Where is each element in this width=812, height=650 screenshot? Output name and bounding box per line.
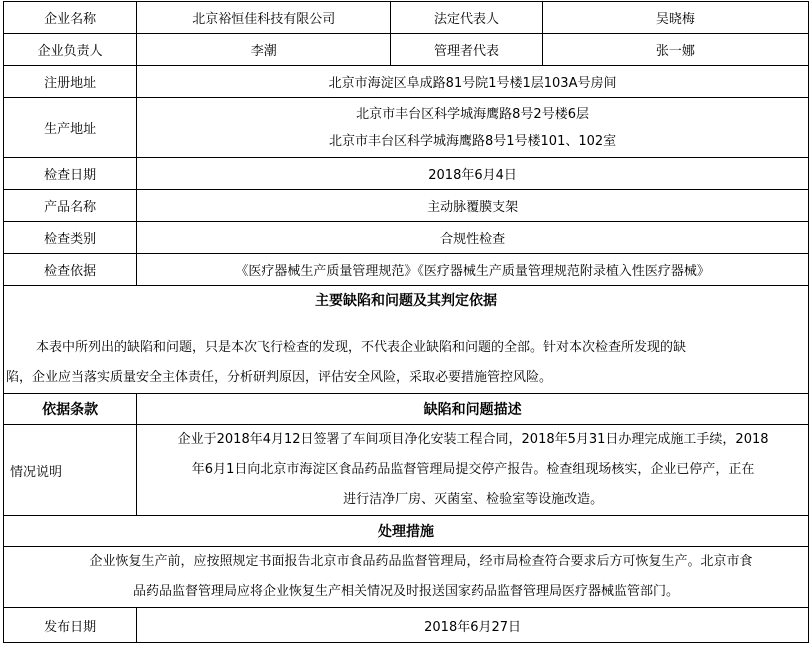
row-inspect-type: 检查类别 合规性检查	[4, 222, 809, 254]
measures-row: 企业恢复生产前，应按照规定书面报告北京市食品药品监督管理局，经市局检查符合要求后…	[4, 547, 809, 608]
defect-description-line: 企业于2018年4月12日签署了车间项目净化安装工程合同，2018年5月31日办…	[142, 425, 804, 455]
prod-address-label: 生产地址	[4, 98, 137, 158]
row-principal: 企业负责人 李潮 管理者代表 张一娜	[4, 34, 809, 66]
inspect-basis-label: 检查依据	[4, 254, 137, 286]
defects-header-row: 依据条款 缺陷和问题描述	[4, 394, 809, 425]
defect-row: 情况说明 企业于2018年4月12日签署了车间项目净化安装工程合同，2018年5…	[4, 425, 809, 516]
measures-section-title: 处理措施	[4, 516, 809, 547]
row-inspect-basis: 检查依据 《医疗器械生产质量管理规范》《医疗器械生产质量管理规范附录植入性医疗器…	[4, 254, 809, 286]
inspect-type-label: 检查类别	[4, 222, 137, 254]
product-value: 主动脉覆膜支架	[137, 190, 809, 222]
mgmt-rep-value: 张一娜	[542, 34, 808, 66]
row-product: 产品名称 主动脉覆膜支架	[4, 190, 809, 222]
inspect-type-value: 合规性检查	[137, 222, 809, 254]
defects-section: 主要缺陷和问题及其判定依据 本表中所列出的缺陷和问题，只是本次飞行检查的发现，不…	[4, 286, 809, 394]
defect-description: 企业于2018年4月12日签署了车间项目净化安装工程合同，2018年5月31日办…	[137, 425, 809, 516]
legal-rep-value: 吴晓梅	[542, 2, 808, 34]
mgmt-rep-label: 管理者代表	[391, 34, 542, 66]
principal-value: 李潮	[137, 34, 391, 66]
measures-line: 企业恢复生产前，应按照规定书面报告北京市食品药品监督管理局，经市局检查符合要求后…	[4, 547, 808, 577]
defect-clause: 情况说明	[4, 425, 137, 516]
defects-intro: 本表中所列出的缺陷和问题，只是本次飞行检查的发现，不代表企业缺陷和问题的全部。针…	[4, 333, 808, 393]
product-label: 产品名称	[4, 190, 137, 222]
prod-address-line: 北京市丰台区科学城海鹰路8号1号楼101、102室	[137, 128, 808, 155]
measures-line: 品药品监督管理局应将企业恢复生产相关情况及时报送国家药品监督管理局医疗器械监管部…	[4, 577, 808, 607]
inspect-date-label: 检查日期	[4, 158, 137, 190]
publish-date-value: 2018年6月27日	[137, 608, 809, 643]
company-name-label: 企业名称	[4, 2, 137, 34]
measures-text-1: 企业恢复生产前，应按照规定书面报告北京市食品药品监督管理局，经市局检查符合要求后…	[89, 554, 752, 569]
inspect-basis-value: 《医疗器械生产质量管理规范》《医疗器械生产质量管理规范附录植入性医疗器械》	[137, 254, 809, 286]
row-publish-date: 发布日期 2018年6月27日	[4, 608, 809, 643]
legal-rep-label: 法定代表人	[391, 2, 542, 34]
defects-intro-line: 本表中所列出的缺陷和问题，只是本次飞行检查的发现，不代表企业缺陷和问题的全部。针…	[6, 333, 804, 363]
prod-address-line: 北京市丰台区科学城海鹰路8号2号楼6层	[137, 101, 808, 128]
reg-address-value: 北京市海淀区阜成路81号院1号楼1层103A号房间	[137, 66, 809, 98]
prod-address-value: 北京市丰台区科学城海鹰路8号2号楼6层 北京市丰台区科学城海鹰路8号1号楼101…	[137, 98, 809, 158]
row-company-name: 企业名称 北京裕恒佳科技有限公司 法定代表人 吴晓梅	[4, 2, 809, 34]
defects-intro-text: 本表中所列出的缺陷和问题，只是本次飞行检查的发现，不代表企业缺陷和问题的全部。针…	[36, 340, 686, 355]
defects-intro-line: 陷，企业应当落实质量安全主体责任，分析研判原因，评估安全风险，采取必要措施管控风…	[6, 363, 804, 393]
company-name-value: 北京裕恒佳科技有限公司	[137, 2, 391, 34]
row-reg-address: 注册地址 北京市海淀区阜成路81号院1号楼1层103A号房间	[4, 66, 809, 98]
defects-section-title: 主要缺陷和问题及其判定依据	[4, 286, 808, 316]
row-defects-section: 主要缺陷和问题及其判定依据 本表中所列出的缺陷和问题，只是本次飞行检查的发现，不…	[4, 286, 809, 394]
publish-date-label: 发布日期	[4, 608, 137, 643]
inspection-report-table: 企业名称 北京裕恒佳科技有限公司 法定代表人 吴晓梅 企业负责人 李潮 管理者代…	[3, 1, 809, 643]
row-prod-address: 生产地址 北京市丰台区科学城海鹰路8号2号楼6层 北京市丰台区科学城海鹰路8号1…	[4, 98, 809, 158]
defect-description-line: 进行洁净厂房、灭菌室、检验室等设施改造。	[142, 485, 804, 515]
col-header-description: 缺陷和问题描述	[137, 394, 809, 425]
reg-address-label: 注册地址	[4, 66, 137, 98]
col-header-clause: 依据条款	[4, 394, 137, 425]
row-inspect-date: 检查日期 2018年6月4日	[4, 158, 809, 190]
inspect-date-value: 2018年6月4日	[137, 158, 809, 190]
measures-text: 企业恢复生产前，应按照规定书面报告北京市食品药品监督管理局，经市局检查符合要求后…	[4, 547, 809, 608]
principal-label: 企业负责人	[4, 34, 137, 66]
measures-header-row: 处理措施	[4, 516, 809, 547]
defect-description-line: 年6月1日向北京市海淀区食品药品监督管理局提交停产报告。检查组现场核实，企业已停…	[142, 455, 804, 485]
